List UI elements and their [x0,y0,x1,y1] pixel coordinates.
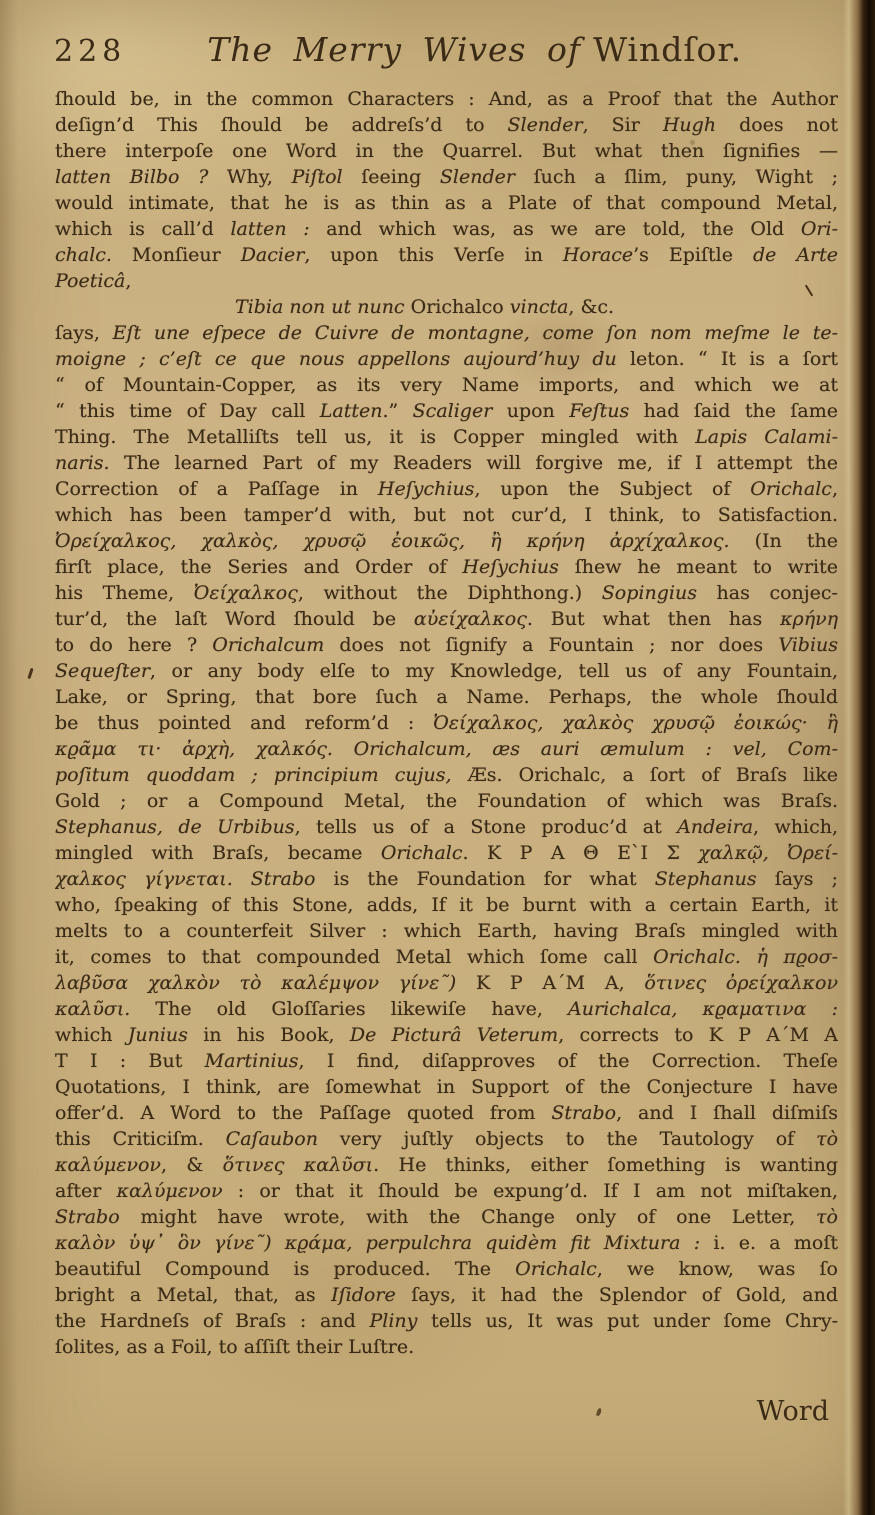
page-title-roman: Windſor. [593,30,742,69]
text-line: Quotations, I think, are ſomewhat in Sup… [55,1074,838,1100]
text-line: ſhould be, in the common Characters : An… [55,86,838,112]
text-line: Ὀρείχαλκος, χαλκὸς, χρυσῷ ἐοικῶς, ἢ κρήν… [55,528,838,554]
text-line: it, comes to that compounded Metal which… [55,944,838,970]
ink-speck [690,140,695,145]
text-line: beautiful Compound is produced. The Oric… [55,1256,838,1282]
text-line: Lake, or Spring, that bore ſuch a Name. … [55,684,838,710]
text-line: καλύμενον, & ὅτινες καλῦσι. He thinks, e… [55,1152,838,1178]
text-line: Gold ; or a Compound Metal, the Foundati… [55,788,838,814]
text-line: Stephanus, de Urbibus, tells us of a Sto… [55,814,838,840]
text-line: “ this time of Day call Latten.” Scalige… [55,398,838,424]
text-line: λαβῦσα χαλκὸν τὸ καλέμψον γίνε῀) Κ Ρ Α´Μ… [55,970,838,996]
text-line: Thing. The Metalliſts tell us, it is Cop… [55,424,838,450]
text-line: naris. The learned Part of my Readers wi… [55,450,838,476]
text-line: Poeticâ, [55,268,838,294]
verse-line: Tibia non ut nunc Orichalco vincta, &c. [55,294,838,320]
text-line: would intimate, that he is as thin as a … [55,190,838,216]
running-header: 228 The Merry Wives ofWindſor. [0,0,875,69]
catchword: Word [757,1396,829,1427]
text-line: tur’d, the laſt Word ſhould be αὐείχαλκο… [55,606,838,632]
text-line: κϱᾶμα τι· ἀρχὴ, χαλκός. Orichalcum, æs a… [55,736,838,762]
ink-speck [27,668,33,679]
page-number: 228 [54,34,126,69]
text-line: offer’d. A Word to the Paſſage quoted fr… [55,1100,838,1126]
paragraph-2: ſays, Eſt une eſpece de Cuivre de montag… [55,320,838,1360]
text-line: Sequeſter, or any body elſe to my Knowle… [55,658,838,684]
text-line: “ of Mountain-Copper, as its very Name i… [55,372,838,398]
text-line: moigne ; c’eſt ce que nous appellons auj… [55,346,838,372]
text-line: mingled with Braſs, became Orichalc. Κ Ρ… [55,840,838,866]
page-left-shadow [0,0,18,1515]
book-spine-edge [843,0,875,1515]
book-page-scan: 228 The Merry Wives ofWindſor. ſhould be… [0,0,875,1515]
text-line: his Theme, Ὀείχαλκος, without the Diphth… [55,580,838,606]
text-line: there interpoſe one Word in the Quarrel.… [55,138,838,164]
text-line: be thus pointed and reform’d : Ὀείχαλκος… [55,710,838,736]
text-line: ſays, Eſt une eſpece de Cuivre de montag… [55,320,838,346]
text-line: Strabo might have wrote, with the Change… [55,1204,838,1230]
text-line: this Criticiſm. Caſaubon very juſtly obj… [55,1126,838,1152]
ink-speck [596,1408,602,1417]
text-line: καλῦσι. The old Gloſſaries likewiſe have… [55,996,838,1022]
text-line: to do here ? Orichalcum does not ſignify… [55,632,838,658]
text-line: poſitum quoddam ; principium cujus, Æs. … [55,762,838,788]
text-line: bright a Metal, that, as Iſidore ſays, i… [55,1282,838,1308]
text-line: which is call’d latten : and which was, … [55,216,838,242]
text-line: after καλύμενον : or that it ſhould be e… [55,1178,838,1204]
paragraph-1: ſhould be, in the common Characters : An… [55,86,838,294]
text-line: καλὸν ὑψ᾽ ὃν γίνε῀) κϱάμα, perpulchra qu… [55,1230,838,1256]
page-title: The Merry Wives ofWindſor. [126,30,823,69]
text-line: which Junius in his Book, De Picturâ Vet… [55,1022,838,1048]
text-line: chalc. Monſieur Dacier, upon this Verſe … [55,242,838,268]
text-line: who, ſpeaking of this Stone, adds, If it… [55,892,838,918]
text-line: the Hardneſs of Braſs : and Pliny tells … [55,1308,838,1334]
page-title-italic: The Merry Wives of [207,30,581,69]
text-line: Correction of a Paſſage in Heſychius, up… [55,476,838,502]
body-text: ſhould be, in the common Characters : An… [55,86,838,1360]
text-line: which has been tamper’d with, but not cu… [55,502,838,528]
text-line: deſign’d This ſhould be addreſs’d to Sle… [55,112,838,138]
text-line: ſolites, as a Foil, to aſſiſt their Luſt… [55,1334,838,1360]
text-line: Τ Ι : But Martinius, I find, diſapproves… [55,1048,838,1074]
text-line: latten Bilbo ? Why, Piſtol ſeeing Slende… [55,164,838,190]
text-line: melts to a counterfeit Silver : which Ea… [55,918,838,944]
text-line: χαλκος γίγνεται. Strabo is the Foundatio… [55,866,838,892]
text-line: firſt place, the Series and Order of Heſ… [55,554,838,580]
